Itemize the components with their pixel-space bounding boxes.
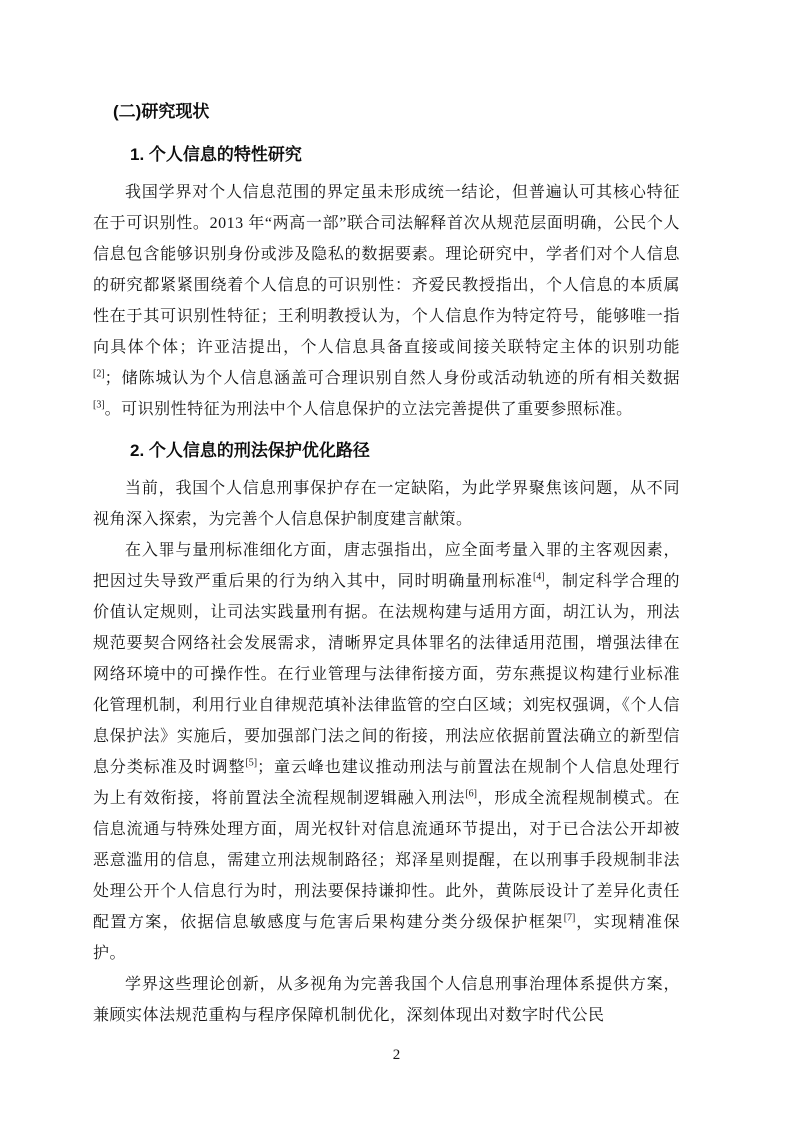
section-heading: (二)研究现状 xyxy=(113,96,680,127)
page-number: 2 xyxy=(0,1046,793,1064)
footnote-ref: [5] xyxy=(245,758,257,769)
paragraph: 我国学界对个人信息范围的界定虽未形成统一结论，但普遍认可其核心特征在于可识别性。… xyxy=(93,177,680,425)
subsection-1-heading: 1. 个人信息的特性研究 xyxy=(130,139,680,170)
subsection-2-heading: 2. 个人信息的刑法保护优化路径 xyxy=(130,435,680,466)
document-page: (二)研究现状 1. 个人信息的特性研究 我国学界对个人信息范围的界定虽未形成统… xyxy=(0,0,793,1122)
paragraph: 学界这些理论创新，从多视角为完善我国个人信息刑事治理体系提供方案，兼顾实体法规范… xyxy=(93,969,680,1031)
footnote-ref: [4] xyxy=(533,572,545,583)
footnote-ref: [7] xyxy=(564,913,576,924)
footnote-ref: [3] xyxy=(93,400,105,411)
subsection-characteristics: 1. 个人信息的特性研究 我国学界对个人信息范围的界定虽未形成统一结论，但普遍认… xyxy=(93,139,680,425)
footnote-ref: [2] xyxy=(93,369,105,380)
paragraph: 当前，我国个人信息刑事保护存在一定缺陷，为此学界聚焦该问题，从不同视角深入探索，… xyxy=(93,473,680,535)
subsection-optimization-path: 2. 个人信息的刑法保护优化路径 当前，我国个人信息刑事保护存在一定缺陷，为此学… xyxy=(93,435,680,1031)
page-body-text: (二)研究现状 1. 个人信息的特性研究 我国学界对个人信息范围的界定虽未形成统… xyxy=(93,96,680,1031)
paragraph: 在入罪与量刑标准细化方面，唐志强指出，应全面考量入罪的主客观因素，把因过失导致严… xyxy=(93,535,680,969)
footnote-ref: [6] xyxy=(465,789,477,800)
